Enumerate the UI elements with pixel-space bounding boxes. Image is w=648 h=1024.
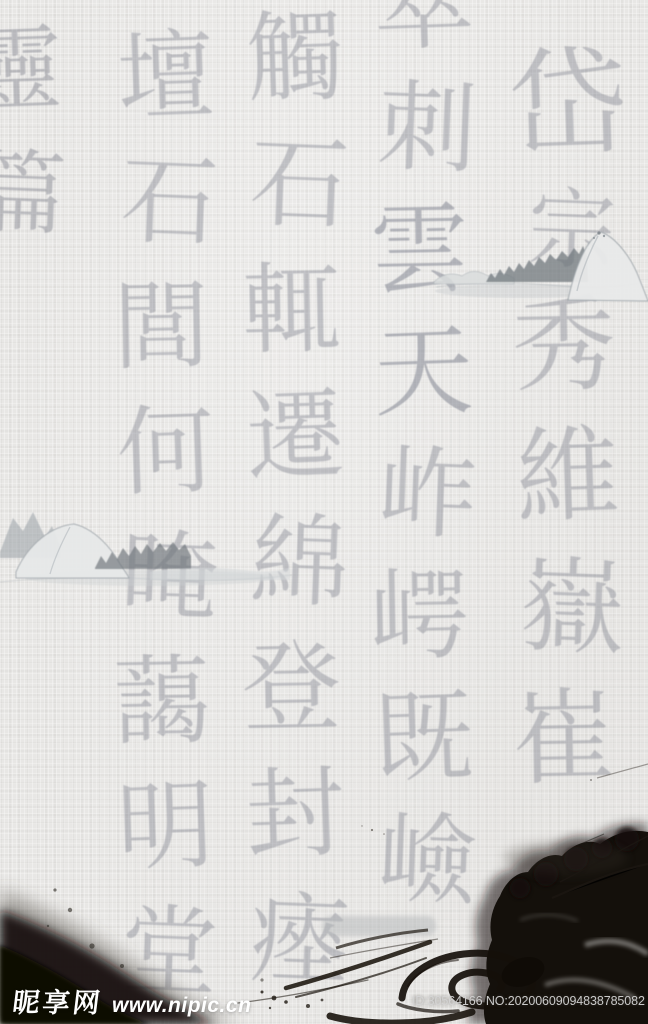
watermark: 昵享网 www.nipic.cn — [13, 981, 251, 1020]
calligraphy-char: 岞 — [375, 432, 479, 558]
calligraphy-char: 遷 — [243, 372, 346, 501]
calligraphy-char: 維 — [514, 409, 623, 544]
calligraphy-char: 天 — [371, 310, 474, 435]
nipic-logo: 昵享网 — [11, 981, 106, 1020]
calligraphy-column-1: 岱 宗 秀 維 嶽 崔 — [492, 28, 644, 804]
calligraphy-char: 輒 — [240, 247, 341, 375]
ink-painting-background: 岱 宗 秀 維 嶽 崔 崒 刺 雲 天 岞 崿 既 嶮 觸 石 輒 遷 綿 登 … — [0, 0, 648, 1024]
calligraphy-char: 崒 — [371, 0, 474, 70]
calligraphy-char: 閭 — [111, 263, 210, 390]
mountain-sketch-right — [428, 220, 648, 305]
calligraphy-char: 篇 — [0, 130, 68, 257]
calligraphy-char: 壇 — [114, 12, 215, 140]
calligraphy-column-5: 靈 篇 — [0, 8, 72, 256]
calligraphy-char: 觸 — [243, 0, 346, 124]
calligraphy-char: 靈 — [0, 6, 64, 133]
calligraphy-char: 嶽 — [518, 540, 627, 675]
nipic-url: www.nipic.cn — [112, 994, 251, 1018]
calligraphy-char: 登 — [240, 625, 341, 753]
calligraphy-char: 崿 — [368, 555, 469, 679]
image-id-label: ID:30564166 NO:20200609094838785082 — [412, 994, 645, 1008]
calligraphy-char: 岱 — [506, 26, 629, 182]
calligraphy-char: 刺 — [375, 66, 479, 192]
calligraphy-char: 石 — [118, 137, 220, 266]
calligraphy-char: 石 — [247, 120, 351, 250]
mountain-sketch-left — [0, 496, 302, 600]
